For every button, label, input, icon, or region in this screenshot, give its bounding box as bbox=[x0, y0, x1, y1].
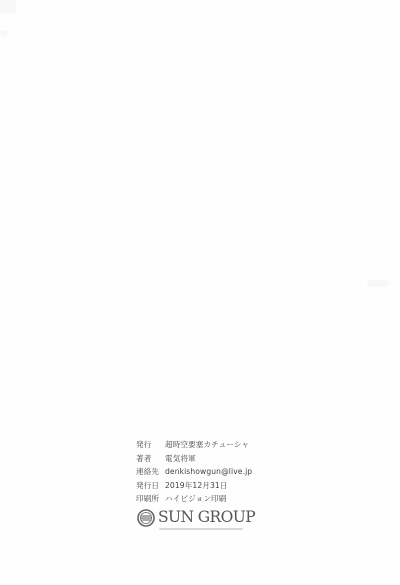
colophon-row-date: 発行日 2019年12月31日 bbox=[136, 479, 286, 493]
colophon-row-printer: 印刷所 ハイビジョン印刷 bbox=[136, 492, 286, 506]
scan-smudge bbox=[367, 280, 389, 287]
printer-logo: SUN GROUP bbox=[137, 508, 247, 536]
colophon-row-author: 著者 電気将軍 bbox=[136, 452, 286, 466]
publisher-label: 発行 bbox=[136, 438, 165, 452]
colophon-table: 発行 超時空要塞カチューシャ 著者 電気将軍 連絡先 denkishowgun@… bbox=[136, 438, 286, 506]
author-label: 著者 bbox=[136, 452, 165, 466]
author-value: 電気将軍 bbox=[165, 452, 196, 466]
colophon-row-publisher: 発行 超時空要塞カチューシャ bbox=[136, 438, 286, 452]
colophon-page: 発行 超時空要塞カチューシャ 著者 電気将軍 連絡先 denkishowgun@… bbox=[0, 0, 400, 585]
printer-label: 印刷所 bbox=[136, 492, 165, 506]
date-value: 2019年12月31日 bbox=[165, 479, 228, 493]
printer-logo-text: SUN GROUP bbox=[158, 507, 255, 527]
date-label: 発行日 bbox=[136, 479, 165, 493]
contact-label: 連絡先 bbox=[136, 465, 165, 479]
colophon-row-contact: 連絡先 denkishowgun@live.jp bbox=[136, 465, 286, 479]
scan-smudge bbox=[0, 30, 8, 37]
printer-value: ハイビジョン印刷 bbox=[165, 492, 226, 506]
publisher-value: 超時空要塞カチューシャ bbox=[165, 438, 249, 452]
sun-group-logo-icon bbox=[137, 509, 155, 527]
printer-logo-url-line bbox=[159, 528, 243, 530]
scan-smudge bbox=[0, 0, 16, 14]
contact-value: denkishowgun@live.jp bbox=[165, 465, 252, 479]
